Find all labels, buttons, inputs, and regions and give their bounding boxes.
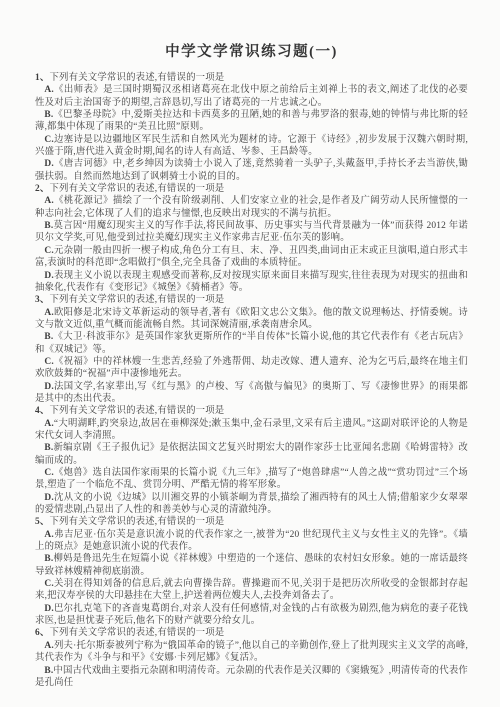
question-3: 3、下列有关文学常识的表述,有错误的一项是 A.欧阳修是北宋诗文革新运动的领导者… xyxy=(35,294,468,405)
option-label: C. xyxy=(44,468,54,478)
option-d: D.表现主义小说以表现主观感受而著称,反对按现实原来面目来描写现实,往往表现为对… xyxy=(35,270,468,295)
question-4: 4、下列有关文学常识的表述,有错误的一项是 A.“大明湖畔,趵突泉边,故居在垂柳… xyxy=(35,405,468,516)
option-text: “大明湖畔,趵突泉边,故居在垂柳深处;漱玉集中,金石录里,文采有后主遗风。”这副… xyxy=(35,419,468,441)
option-c: C.《炮兽》选自法国作家雨果的长篇小说《九三年》,描写了“炮兽肆虐”“人兽之战”… xyxy=(35,467,468,492)
option-text: 弗吉尼亚·伍尔芙是意识流小说的代表作家之一,被誉为“20 世纪现代主义与女性主义… xyxy=(35,530,468,552)
question-stem-text: 下列有关文学常识的表述,有错误的一项是 xyxy=(49,184,224,194)
option-a: A.列夫·托尔斯泰被列宁称为“俄国革命的镜子”,他以自己的辛勤创作,登上了批判现… xyxy=(35,640,468,665)
question-1: 1、下列有关文学常识的表述,有错误的一项是 A.《出师表》是三国时期蜀汉丞相诸葛… xyxy=(35,72,468,183)
option-text: 边塞诗是以边疆地区军民生活和自然风光为题材的诗。它源于《诗经》,初步发展于汉魏六… xyxy=(35,135,468,157)
option-b: B.柳妈是鲁迅先生在短篇小说《祥林嫂》中塑造的一个迷信、愚昧的农村妇女形象。她的… xyxy=(35,553,468,578)
option-b: B.中国古代戏曲主要指元杂剧和明清传奇。元杂剧的代表作是关汉卿的《窦娥冤》,明清… xyxy=(35,665,468,690)
option-text: 《桃花源记》描绘了一个没有阶级剥削、人们安家立业的社会,是作者及广阔劳动人民所憧… xyxy=(35,196,468,218)
option-b: B.《大卫·科波菲尔》是英国作家狄更斯所作的“半自传体”长篇小说,他的其它代表作… xyxy=(35,331,468,356)
option-a: A.欧阳修是北宋诗文革新运动的领导者,著有《欧阳文忠公文集》。他的散文说理畅达、… xyxy=(35,307,468,332)
option-a: A.“大明湖畔,趵突泉边,故居在垂柳深处;漱玉集中,金石录里,文采有后主遗风。”… xyxy=(35,418,468,443)
option-d: D.《唐吉诃德》中,老乡绅因为读骑士小说入了迷,竟然骑着一头驴子,头戴盔甲,手持… xyxy=(35,158,468,183)
option-label: D. xyxy=(44,382,54,392)
option-label: D. xyxy=(44,159,54,169)
option-label: C. xyxy=(44,246,54,256)
option-a: A.《桃花源记》描绘了一个没有阶级剥削、人们安家立业的社会,是作者及广阔劳动人民… xyxy=(35,195,468,220)
question-number: 4、 xyxy=(35,406,49,416)
option-label: C. xyxy=(44,579,54,589)
question-stem: 2、下列有关文学常识的表述,有错误的一项是 xyxy=(35,183,468,195)
option-text: 《祝福》中的祥林嫂一生悲苦,经验了外逃帮佣、劫走改嫁、遭人遗弃、沦为乞丐后,最终… xyxy=(35,357,468,379)
option-d: D.巴尔扎克笔下的吝啬鬼葛朗台,对亲人没有任何感情,对金钱的占有欲极为剧烈,他为… xyxy=(35,603,468,628)
option-text: 欧阳修是北宋诗文革新运动的领导者,著有《欧阳文忠公文集》。他的散文说理畅达、抒情… xyxy=(35,308,468,330)
option-d: D.沈从文的小说《边城》以川湘交界的小镇茶峒为背景,描绘了湘西特有的风土人情;借… xyxy=(35,492,468,517)
option-text: 沈从文的小说《边城》以川湘交界的小镇茶峒为背景,描绘了湘西特有的风土人情;借船家… xyxy=(35,493,468,515)
page-title: 中学文学常识练习题(一) xyxy=(35,43,468,61)
option-text: 新编京剧《王子报仇记》是依据法国文艺复兴时期宏大的剧作家莎士比亚闻名悲剧《哈姆雷… xyxy=(35,443,468,465)
option-text: 《唐吉诃德》中,老乡绅因为读骑士小说入了迷,竟然骑着一头驴子,头戴盔甲,手持长矛… xyxy=(35,159,468,181)
option-b: B.莫言因“用魔幻现实主义的写作手法,将民间故事、历史事实与当代背景融为一体”而… xyxy=(35,220,468,245)
option-c: C.边塞诗是以边疆地区军民生活和自然风光为题材的诗。它源于《诗经》,初步发展于汉… xyxy=(35,134,468,159)
option-c: C.关羽在得知刘备的信息后,就去向曹操告辞。曹操避而不见,关羽于是把历次所收受的… xyxy=(35,578,468,603)
question-stem: 4、下列有关文学常识的表述,有错误的一项是 xyxy=(35,405,468,417)
question-stem-text: 下列有关文学常识的表述,有错误的一项是 xyxy=(49,517,224,527)
question-stem-text: 下列有关文学常识的表述,有错误的一项是 xyxy=(49,73,224,83)
option-label: D. xyxy=(44,493,54,503)
option-b: B.新编京剧《王子报仇记》是依据法国文艺复兴时期宏大的剧作家莎士比亚闻名悲剧《哈… xyxy=(35,442,468,467)
option-label: A. xyxy=(44,641,54,651)
question-number: 1、 xyxy=(35,73,49,83)
option-text: 表现主义小说以表现主观感受而著称,反对按现实原来面目来描写现实,往往表现为对现实… xyxy=(35,271,468,293)
question-2: 2、下列有关文学常识的表述,有错误的一项是 A.《桃花源记》描绘了一个没有阶级剥… xyxy=(35,183,468,294)
question-stem-text: 下列有关文学常识的表述,有错误的一项是 xyxy=(49,406,224,416)
option-text: 中国古代戏曲主要指元杂剧和明清传奇。元杂剧的代表作是关汉卿的《窦娥冤》,明清传奇… xyxy=(35,666,468,688)
option-a: A.《出师表》是三国时期蜀汉丞相诸葛亮在北伐中原之前给后主刘禅上书的表文,阐述了… xyxy=(35,84,468,109)
document-content: 中学文学常识练习题(一) 1、下列有关文学常识的表述,有错误的一项是 A.《出师… xyxy=(35,43,468,689)
option-label: D. xyxy=(44,604,54,614)
option-label: D. xyxy=(44,271,54,281)
option-text: 《炮兽》选自法国作家雨果的长篇小说《九三年》,描写了“炮兽肆虐”“人兽之战”“赏… xyxy=(35,468,468,490)
option-c: C.元杂剧一般由四折一楔子构成,角色分工有旦、末、净、丑四类,曲词由正末或正旦演… xyxy=(35,245,468,270)
question-stem: 3、下列有关文学常识的表述,有错误的一项是 xyxy=(35,294,468,306)
question-stem: 1、下列有关文学常识的表述,有错误的一项是 xyxy=(35,72,468,84)
document-page: 中学文学常识练习题(一) 1、下列有关文学常识的表述,有错误的一项是 A.《出师… xyxy=(0,0,500,707)
question-number: 2、 xyxy=(35,184,49,194)
option-a: A.弗吉尼亚·伍尔芙是意识流小说的代表作家之一,被誉为“20 世纪现代主义与女性… xyxy=(35,529,468,554)
question-number: 5、 xyxy=(35,517,49,527)
option-b: B.《巴黎圣母院》中,爱斯美拉达和卡西莫多的丑陋,她的和善与弗罗洛的狠毒,她的钟… xyxy=(35,109,468,134)
option-text: 莫言因“用魔幻现实主义的写作手法,将民间故事、历史事实与当代背景融为一体”而获得… xyxy=(35,221,468,243)
question-stem-text: 下列有关文学常识的表述,有错误的一项是 xyxy=(49,628,224,638)
option-text: 巴尔扎克笔下的吝啬鬼葛朗台,对亲人没有任何感情,对金钱的占有欲极为剧烈,他为病危… xyxy=(35,604,468,626)
option-text: 《出师表》是三国时期蜀汉丞相诸葛亮在北伐中原之前给后主刘禅上书的表文,阐述了北伐… xyxy=(35,85,468,107)
option-label: C. xyxy=(44,357,54,367)
option-text: 关羽在得知刘备的信息后,就去向曹操告辞。曹操避而不见,关羽于是把历次所收受的金银… xyxy=(35,579,468,601)
question-6: 6、下列有关文学常识的表述,有错误的一项是 A.列夫·托尔斯泰被列宁称为“俄国革… xyxy=(35,627,468,689)
option-label: A. xyxy=(44,85,54,95)
option-label: A. xyxy=(44,419,54,429)
option-text: 柳妈是鲁迅先生在短篇小说《祥林嫂》中塑造的一个迷信、愚昧的农村妇女形象。她的一席… xyxy=(35,554,468,576)
question-number: 6、 xyxy=(35,628,49,638)
option-text: 法国文学,名家辈出,写《红与黑》的卢梭、写《高傲与偏见》的奥斯丁、写《凄惨世界》… xyxy=(35,382,468,404)
option-label: C. xyxy=(44,135,54,145)
option-text: 列夫·托尔斯泰被列宁称为“俄国革命的镜子”,他以自己的辛勤创作,登上了批判现实主… xyxy=(35,641,468,663)
question-stem: 6、下列有关文学常识的表述,有错误的一项是 xyxy=(35,627,468,639)
option-label: A. xyxy=(44,308,54,318)
option-label: A. xyxy=(44,530,54,540)
option-c: C.《祝福》中的祥林嫂一生悲苦,经验了外逃帮佣、劫走改嫁、遭人遗弃、沦为乞丐后,… xyxy=(35,356,468,381)
option-d: D.法国文学,名家辈出,写《红与黑》的卢梭、写《高傲与偏见》的奥斯丁、写《凄惨世… xyxy=(35,381,468,406)
option-label: A. xyxy=(44,196,54,206)
option-text: 《大卫·科波菲尔》是英国作家狄更斯所作的“半自传体”长篇小说,他的其它代表作有《… xyxy=(35,332,468,354)
option-text: 元杂剧一般由四折一楔子构成,角色分工有旦、末、净、丑四类,曲词由正末或正旦演唱,… xyxy=(35,246,468,268)
question-stem: 5、下列有关文学常识的表述,有错误的一项是 xyxy=(35,516,468,528)
question-number: 3、 xyxy=(35,295,49,305)
question-stem-text: 下列有关文学常识的表述,有错误的一项是 xyxy=(49,295,224,305)
question-5: 5、下列有关文学常识的表述,有错误的一项是 A.弗吉尼亚·伍尔芙是意识流小说的代… xyxy=(35,516,468,627)
option-text: 《巴黎圣母院》中,爱斯美拉达和卡西莫多的丑陋,她的和善与弗罗洛的狠毒,她的钟情与… xyxy=(35,110,468,132)
